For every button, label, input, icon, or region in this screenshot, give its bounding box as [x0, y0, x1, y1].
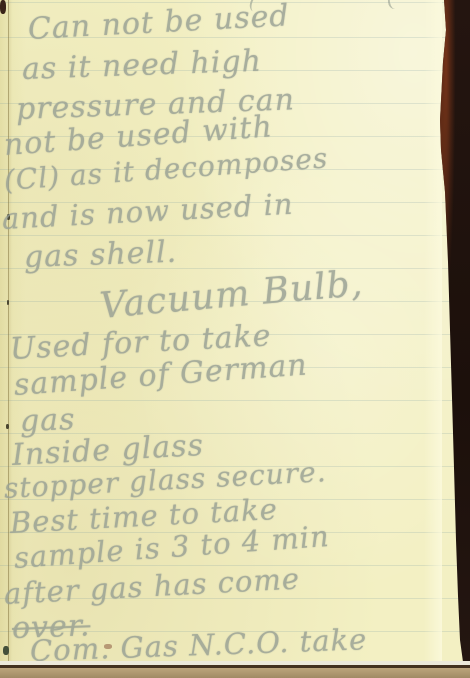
- scanned-page: Can not be used as it need high pressure…: [0, 0, 470, 678]
- handwritten-line: gas shell.: [23, 235, 177, 275]
- scan-background-bottom-band: [0, 668, 470, 678]
- notebook-paper: Can not be used as it need high pressure…: [0, 0, 470, 662]
- ink-speck: [3, 646, 9, 655]
- ink-speck: [6, 424, 9, 429]
- ink-speck: [7, 300, 9, 305]
- paper-edge-highlight: [424, 0, 442, 662]
- handwritten-line: gas: [19, 402, 76, 439]
- ink-speck: [0, 0, 6, 14]
